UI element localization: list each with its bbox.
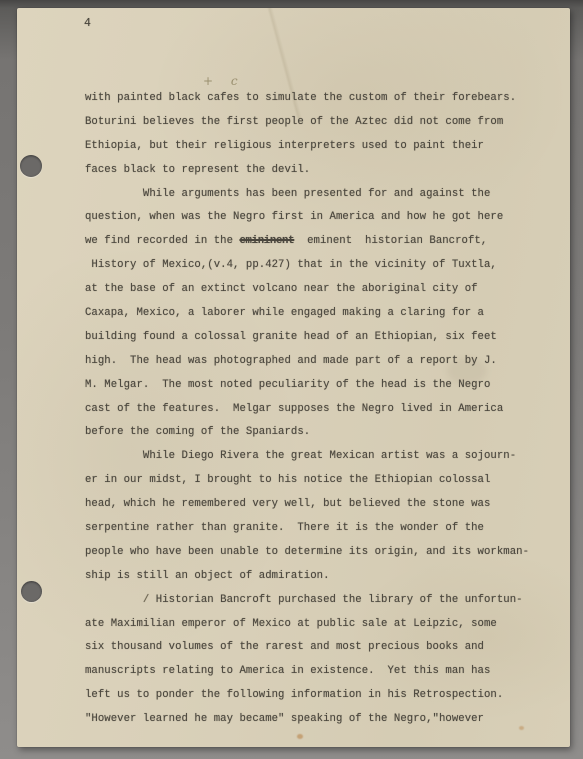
rust-stain <box>297 734 303 739</box>
line-text <box>85 594 143 606</box>
line-text: we find recorded in the <box>85 235 239 247</box>
line-text: Historian Bancroft purchased the library… <box>149 594 522 606</box>
typed-line: question, when was the Negro first in Am… <box>85 206 555 230</box>
typed-line: Ethiopia, but their religious interprete… <box>85 135 555 159</box>
typed-line: before the coming of the Spaniards. <box>85 421 555 445</box>
typed-line: While arguments has been presented for a… <box>85 183 555 207</box>
typed-line: with painted black cafes to simulate the… <box>85 87 555 111</box>
typed-line: building found a colossal granite head o… <box>85 326 555 350</box>
typed-line: "However learned he may became" speaking… <box>85 708 555 732</box>
typed-line: ship is still an object of admiration. <box>85 565 555 589</box>
pencil-annotation: + c <box>203 74 245 88</box>
typed-line: Boturini believes the first people of th… <box>85 111 555 135</box>
typed-line-with-strikeout: we find recorded in the emininent eminen… <box>85 230 555 254</box>
typed-line: head, which he remembered very well, but… <box>85 493 555 517</box>
typed-line: History of Mexico,(v.4, pp.427) that in … <box>85 254 555 278</box>
typed-line: While Diego Rivera the great Mexican art… <box>85 445 555 469</box>
typed-line: ate Maximilian emperor of Mexico at publ… <box>85 613 555 637</box>
line-text: eminent historian Bancroft, <box>294 235 487 247</box>
typed-line: faces black to represent the devil. <box>85 159 555 183</box>
typed-line: at the base of an extinct volcano near t… <box>85 278 555 302</box>
scanned-document: 4 + c with painted black cafes to simula… <box>0 0 583 759</box>
hole-punch <box>20 155 42 177</box>
typed-line: manuscripts relating to America in exist… <box>85 660 555 684</box>
typed-line: serpentine rather than granite. There it… <box>85 517 555 541</box>
typed-line: M. Melgar. The most noted peculiarity of… <box>85 374 555 398</box>
typed-line: left us to ponder the following informat… <box>85 684 555 708</box>
typed-line: people who have been unable to determine… <box>85 541 555 565</box>
typed-line: er in our midst, I brought to his notice… <box>85 469 555 493</box>
hole-punch <box>21 581 42 602</box>
typed-line-with-pencil-mark: / Historian Bancroft purchased the libra… <box>85 589 555 613</box>
struck-word: emininent <box>239 235 294 247</box>
typed-text-block: with painted black cafes to simulate the… <box>85 87 555 732</box>
page-number: 4 <box>84 17 91 30</box>
typed-line: six thousand volumes of the rarest and m… <box>85 636 555 660</box>
typed-line: cast of the features. Melgar supposes th… <box>85 398 555 422</box>
typed-line: high. The head was photographed and made… <box>85 350 555 374</box>
typed-line: Caxapa, Mexico, a laborer while engaged … <box>85 302 555 326</box>
